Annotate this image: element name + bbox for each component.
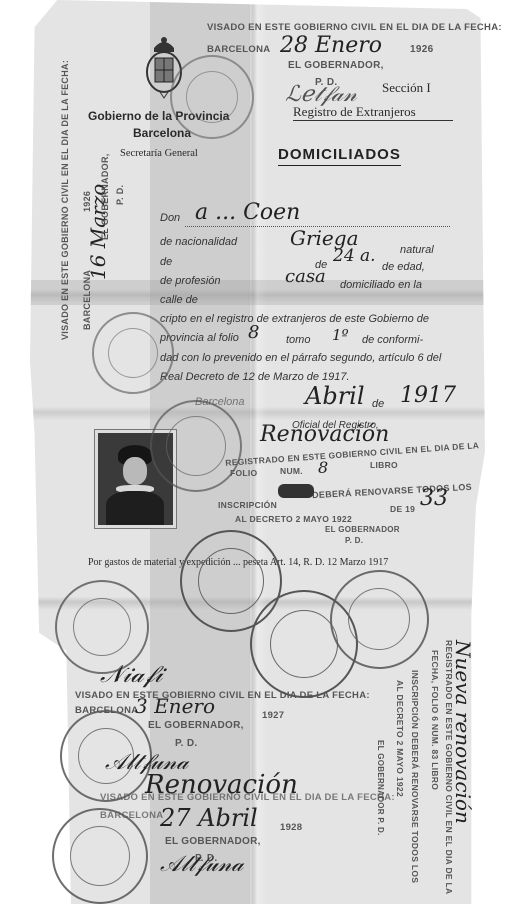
top-visa-header: VISADO EN ESTE GOBIERNO CIVIL EN EL DIA … — [207, 22, 502, 33]
age-label: de edad, — [382, 261, 425, 273]
month-value: Abril — [305, 382, 365, 410]
street-label: calle de — [160, 294, 198, 306]
middle-stamp-governor: EL GOBERNADOR — [325, 525, 400, 534]
tomo-value: 1º — [332, 326, 349, 344]
body-line2c: de conformi- — [362, 334, 423, 346]
don-label: Don — [160, 212, 180, 224]
top-visa-year: 1926 — [410, 44, 433, 55]
middle-stamp-pd: P. D. — [345, 536, 363, 545]
bottom-visa1-year: 1927 — [262, 710, 284, 721]
section-label: Sección I — [382, 80, 431, 96]
middle-stamp-de: DE 19 — [390, 504, 415, 514]
ink-blot — [278, 484, 314, 498]
bottom-visa1-pd: P. D. — [175, 738, 197, 749]
renewal-handwritten: Renovación — [260, 422, 389, 447]
right-stamp-line4: AL DECRETO 2 MAYO 1922 — [395, 680, 405, 797]
right-stamp-handwritten: Nueva renovación — [451, 640, 475, 824]
natural-label: natural — [400, 244, 434, 256]
bottom-visa2-signature: 𝒜𝓁𝓉𝒻𝓊𝓃𝒶 — [160, 852, 243, 877]
bottom-visa1-header: VISADO EN ESTE GOBIERNO CIVIL EN EL DIA … — [75, 690, 370, 701]
bottom-visa2-year: 1928 — [280, 822, 302, 833]
official-seal — [52, 808, 148, 904]
date-de: de — [372, 398, 384, 410]
middle-stamp-inscription: INSCRIPCIÓN — [218, 500, 277, 510]
body-line1: cripto en el registro de extranjeros de … — [160, 313, 429, 325]
age-value: 24 a. — [333, 246, 376, 266]
nationality-label: de nacionalidad — [160, 236, 237, 248]
top-visa-governor: EL GOBERNADOR, — [288, 60, 384, 71]
left-visa-pd: P. D. — [115, 185, 125, 205]
official-seal — [92, 312, 174, 394]
don-value: a ... Coen — [195, 200, 300, 225]
left-visa-header: VISADO EN ESTE GOBIERNO CIVIL EN EL DIA … — [60, 60, 70, 340]
bottom-visa2-header: VISADO EN ESTE GOBIERNO CIVIL EN EL DIA … — [100, 792, 395, 803]
official-seal — [150, 400, 242, 492]
left-visa-year: 1926 — [82, 191, 92, 212]
bottom-handwritten-note: 𝒩𝒾𝒶𝒻𝒾 — [100, 660, 162, 688]
photo-body — [106, 491, 164, 525]
right-stamp-line3: INSCRIPCIÓN DEBERÁ RENOVARSE TODOS LOS — [410, 670, 420, 883]
middle-stamp-year: 33 — [420, 486, 448, 511]
folio-value: 8 — [248, 322, 259, 343]
left-visa-governor: EL GOBERNADOR, — [100, 153, 110, 240]
birthplace-label: de — [160, 256, 172, 268]
issuer-line2: Barcelona — [133, 126, 191, 140]
bottom-visa1-date: 3 Enero — [135, 694, 215, 718]
middle-stamp-num-value: 8 — [318, 458, 328, 477]
profession-label: de profesión — [160, 275, 221, 287]
registry-label: Registro de Extranjeros — [293, 104, 453, 121]
photo-face — [123, 457, 147, 485]
issuer-line3: Secretaría General — [120, 148, 198, 159]
middle-stamp-decree: AL DECRETO 2 MAYO 1922 — [235, 514, 352, 524]
official-seal — [170, 55, 254, 139]
right-stamp-line2: FECHA, FOLIO 6 NUM. 83 LIBRO — [430, 650, 440, 790]
bottom-visa1-governor: EL GOBERNADOR, — [148, 720, 244, 731]
bottom-visa2-date: 27 Abril — [160, 804, 258, 832]
body-line2b: tomo — [286, 334, 310, 346]
top-visa-city: BARCELONA — [207, 44, 270, 55]
bottom-visa2-governor: EL GOBERNADOR, — [165, 836, 261, 847]
profession-value: casa — [285, 266, 326, 287]
right-stamp-line5: EL GOBERNADOR P. D. — [376, 740, 385, 836]
official-seal — [330, 570, 429, 669]
year-value: 1917 — [400, 383, 456, 408]
document-title: DOMICILIADOS — [278, 146, 401, 166]
bottom-visa1-city: BARCELONA — [75, 705, 138, 716]
bottom-visa2-city: BARCELONA — [100, 810, 163, 821]
middle-stamp-book: LIBRO — [370, 460, 398, 470]
middle-stamp-num-label: NUM. — [280, 466, 303, 476]
domicile-label: domiciliado en la — [340, 279, 422, 291]
body-line3: dad con lo prevenido en el párrafo segun… — [160, 352, 441, 364]
top-visa-date: 28 Enero — [280, 33, 382, 58]
